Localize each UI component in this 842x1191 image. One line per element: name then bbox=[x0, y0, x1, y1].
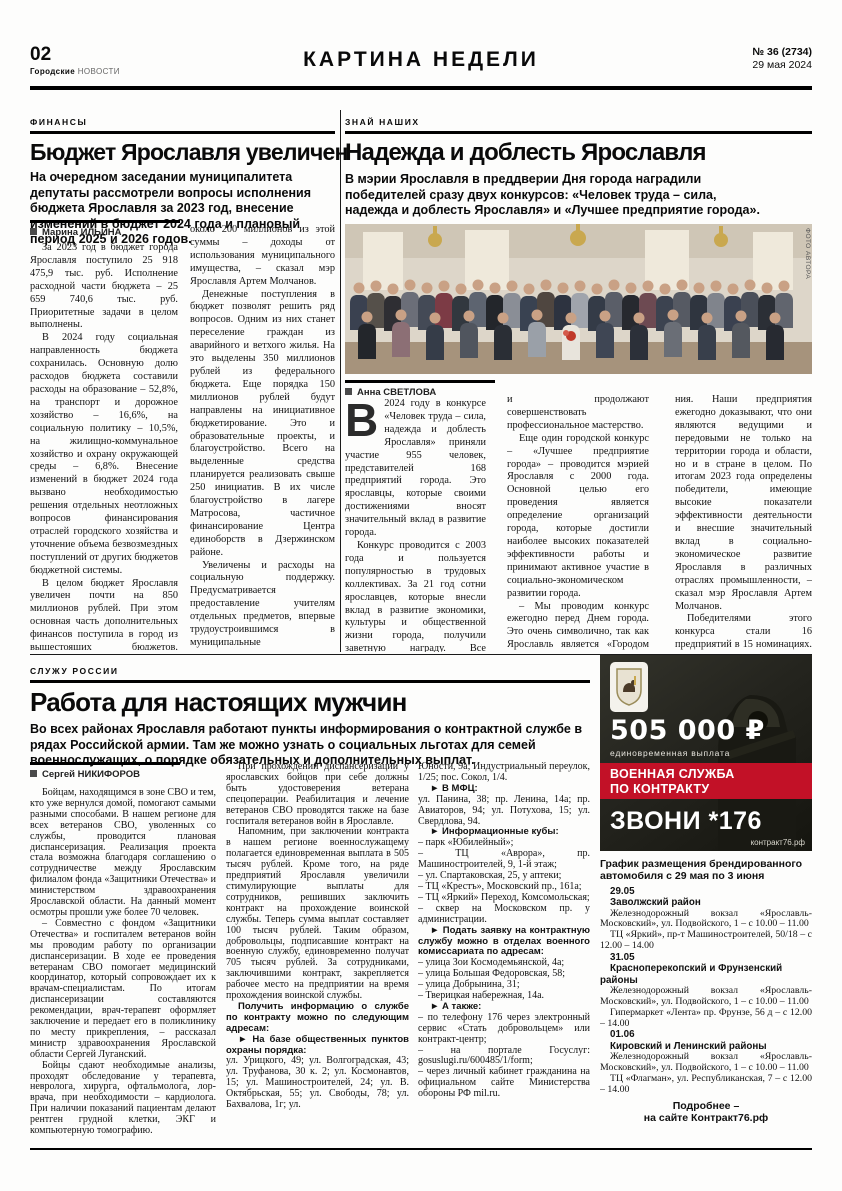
city-coat-of-arms bbox=[610, 662, 648, 712]
author-name: Марина ИЛЬИНА bbox=[42, 227, 122, 238]
header-rule bbox=[30, 86, 812, 90]
call-number: ЗВОНИ *176 bbox=[610, 807, 762, 836]
paragraph: ния. Наши предприятия ежегодно доказываю… bbox=[675, 394, 812, 613]
author-bullet-icon bbox=[30, 228, 37, 235]
service-column-2: При прохождении диспансеризации у яросла… bbox=[226, 762, 409, 1150]
schedule-item: Гипермаркет «Лента» пр. Фрунзе, 56 д – с… bbox=[600, 1008, 812, 1030]
paragraph: Еще один городской конкурс – «Лучшее пре… bbox=[507, 433, 649, 601]
tag-rule bbox=[30, 680, 590, 683]
list-item: – по телефону 176 через электронный серв… bbox=[418, 1013, 590, 1046]
article-service-tag: СЛУЖУ РОССИИ bbox=[30, 666, 119, 676]
service-column-3: Юности, 9а; Индустриальный переулок, 1/2… bbox=[418, 762, 590, 1150]
section-title: КАРТИНА НЕДЕЛИ bbox=[0, 48, 842, 72]
awards-column-3: ния. Наши предприятия ежегодно доказываю… bbox=[675, 394, 812, 652]
author-name: Анна СВЕТЛОВА bbox=[357, 387, 436, 398]
footer-rule bbox=[30, 1148, 812, 1150]
article-awards-tag: ЗНАЙ НАШИХ bbox=[345, 117, 420, 127]
schedule-title: График размещения брендированного автомо… bbox=[600, 858, 812, 883]
awards-column-2: и продолжают совершенствовать профессион… bbox=[507, 394, 649, 652]
newspaper-page: 02 Городские НОВОСТИ КАРТИНА НЕДЕЛИ № 36… bbox=[0, 0, 842, 1191]
list-item: – сквер на Московском пр. у администраци… bbox=[418, 904, 590, 926]
list-item: – ТЦ «Аврора», пр. Машиностроителей, 9, … bbox=[418, 849, 590, 871]
schedule-item: ТЦ «Яркий», пр-т Машиностроителей, 50/18… bbox=[600, 930, 812, 952]
car-schedule: График размещения брендированного автомо… bbox=[600, 858, 812, 1148]
article-budget-headline: Бюджет Ярославля увеличен bbox=[30, 139, 348, 166]
paragraph: Юности, 9а; Индустриальный переулок, 1/2… bbox=[418, 762, 590, 784]
paragraph: Напомним, при заключении контракта в наш… bbox=[226, 827, 409, 1002]
article-awards-lead: В мэрии Ярославля в преддверии Дня город… bbox=[345, 172, 765, 219]
schedule-item: ТЦ «Флагман», ул. Республиканская, 7 – с… bbox=[600, 1074, 812, 1096]
article-budget-byline: Марина ИЛЬИНА bbox=[30, 220, 180, 238]
article-budget: ФИНАНСЫ Бюджет Ярославля увеличен На оче… bbox=[30, 112, 335, 652]
budget-column-1: За 2023 год в бюджет города Ярославля по… bbox=[30, 242, 178, 650]
paragraph: Бойцы сдают необходимые анализы, проходя… bbox=[30, 1061, 216, 1137]
article-service-headline: Работа для настоящих мужчин bbox=[30, 687, 407, 718]
paragraph: Бойцам, находящимся в зоне СВО и тем, кт… bbox=[30, 788, 216, 919]
schedule-item: Железнодорожный вокзал «Ярославль-Москов… bbox=[600, 909, 812, 931]
issue-block: № 36 (2734) 29 мая 2024 bbox=[752, 46, 812, 72]
paragraph: Конкурс проводится с 2003 года и пользуе… bbox=[345, 540, 486, 652]
article-budget-tag: ФИНАНСЫ bbox=[30, 117, 87, 127]
schedule-date: 31.05 bbox=[600, 952, 812, 964]
photo-credit: ФОТО АВТОРА bbox=[804, 228, 811, 279]
column-divider bbox=[340, 110, 341, 652]
service-column-1: Бойцам, находящимся в зоне СВО и тем, кт… bbox=[30, 788, 216, 1150]
banner-line-1: ВОЕННАЯ СЛУЖБА bbox=[610, 767, 812, 782]
award-ceremony-photo: ФОТО АВТОРА bbox=[345, 224, 812, 374]
author-bullet-icon bbox=[345, 388, 352, 395]
paragraph: и продолжают совершенствовать профессион… bbox=[507, 394, 649, 433]
author-bullet-icon bbox=[30, 770, 37, 777]
article-awards: ЗНАЙ НАШИХ Надежда и доблесть Ярославля … bbox=[345, 112, 812, 652]
paragraph: В целом бюджет Ярославля увеличен почти … bbox=[30, 578, 178, 650]
banner-line-2: ПО КОНТРАКТУ bbox=[610, 782, 812, 797]
schedule-district: Красноперекопский и Фрунзенский районы bbox=[600, 963, 812, 986]
author-name: Сергей НИКИФОРОВ bbox=[42, 769, 140, 780]
paragraph: За 2023 год в бюджет города Ярославля по… bbox=[30, 242, 178, 332]
paragraph-bold: ► Подать заявку на контрактную службу мо… bbox=[418, 926, 590, 959]
paragraph: – Совместно с фондом «Защитники Отечеств… bbox=[30, 919, 216, 1061]
schedule-item: Железнодорожный вокзал «Ярославль-Москов… bbox=[600, 986, 812, 1008]
paragraph-bold: ► На базе общественных пунктов охраны по… bbox=[226, 1035, 409, 1057]
dropcap: В bbox=[345, 398, 384, 440]
ad-banner: ВОЕННАЯ СЛУЖБА ПО КОНТРАКТУ bbox=[600, 763, 812, 799]
article-awards-byline: Анна СВЕТЛОВА bbox=[345, 380, 495, 398]
issue-date: 29 мая 2024 bbox=[752, 59, 812, 72]
paragraph: – Мы проводим конкурс ежегодно перед Дне… bbox=[507, 601, 649, 653]
list-item: – через личный кабинет гражданина на офи… bbox=[418, 1067, 590, 1100]
schedule-item: Железнодорожный вокзал «Ярославль-Москов… bbox=[600, 1052, 812, 1074]
issue-number: № 36 (2734) bbox=[752, 46, 812, 59]
paragraph-bold: Получить информацию о службе по контракт… bbox=[226, 1002, 409, 1035]
paragraph: При прохождении диспансеризации у яросла… bbox=[226, 762, 409, 827]
paragraph: ул. Урицкого, 49; ул. Волгоградская, 43;… bbox=[226, 1056, 409, 1111]
paragraph: Денежные поступления в бюджет позволят р… bbox=[190, 289, 335, 560]
ad-website: контракт76.рф bbox=[751, 838, 805, 847]
paragraph-with-dropcap: В2024 году в конкурсе «Человек труда – с… bbox=[345, 398, 486, 540]
article-service-byline: Сергей НИКИФОРОВ bbox=[30, 762, 180, 780]
article-awards-headline: Надежда и доблесть Ярославля bbox=[345, 139, 706, 167]
army-contract-ad: 505 000 ₽ единовременная выплата ВОЕННАЯ… bbox=[600, 655, 812, 851]
paragraph: Победителями этого конкурса стали 16 пре… bbox=[675, 613, 812, 652]
awards-column-1: В2024 году в конкурсе «Человек труда – с… bbox=[345, 398, 486, 652]
schedule-footer-line-1: Подробнее – bbox=[600, 1100, 812, 1113]
list-item: – на портале Госуслуг: gosuslugi.ru/6004… bbox=[418, 1046, 590, 1068]
paragraph: Увеличены и расходы на социальную поддер… bbox=[190, 560, 335, 650]
tag-rule bbox=[345, 131, 812, 134]
paragraph: ул. Панина, 38; пр. Ленина, 14а; пр. Ави… bbox=[418, 795, 590, 828]
paragraph: В 2024 году социальная направленность бю… bbox=[30, 332, 178, 577]
payment-caption: единовременная выплата bbox=[610, 748, 730, 758]
bear-shield-icon bbox=[616, 668, 642, 706]
payment-amount: 505 000 ₽ bbox=[610, 715, 765, 746]
schedule-date: 29.05 bbox=[600, 886, 812, 898]
tag-rule bbox=[30, 131, 335, 134]
schedule-district: Заволжский район bbox=[600, 897, 812, 909]
photo-illustration bbox=[345, 224, 812, 374]
schedule-date: 01.06 bbox=[600, 1029, 812, 1041]
paragraph: около 200 миллионов из этой суммы – дохо… bbox=[190, 224, 335, 289]
schedule-footer: Подробнее – на сайте Контракт76.рф bbox=[600, 1100, 812, 1125]
schedule-footer-line-2: на сайте Контракт76.рф bbox=[600, 1112, 812, 1125]
budget-column-2: около 200 миллионов из этой суммы – дохо… bbox=[190, 224, 335, 650]
article-service: СЛУЖУ РОССИИ Работа для настоящих мужчин… bbox=[30, 662, 590, 1150]
